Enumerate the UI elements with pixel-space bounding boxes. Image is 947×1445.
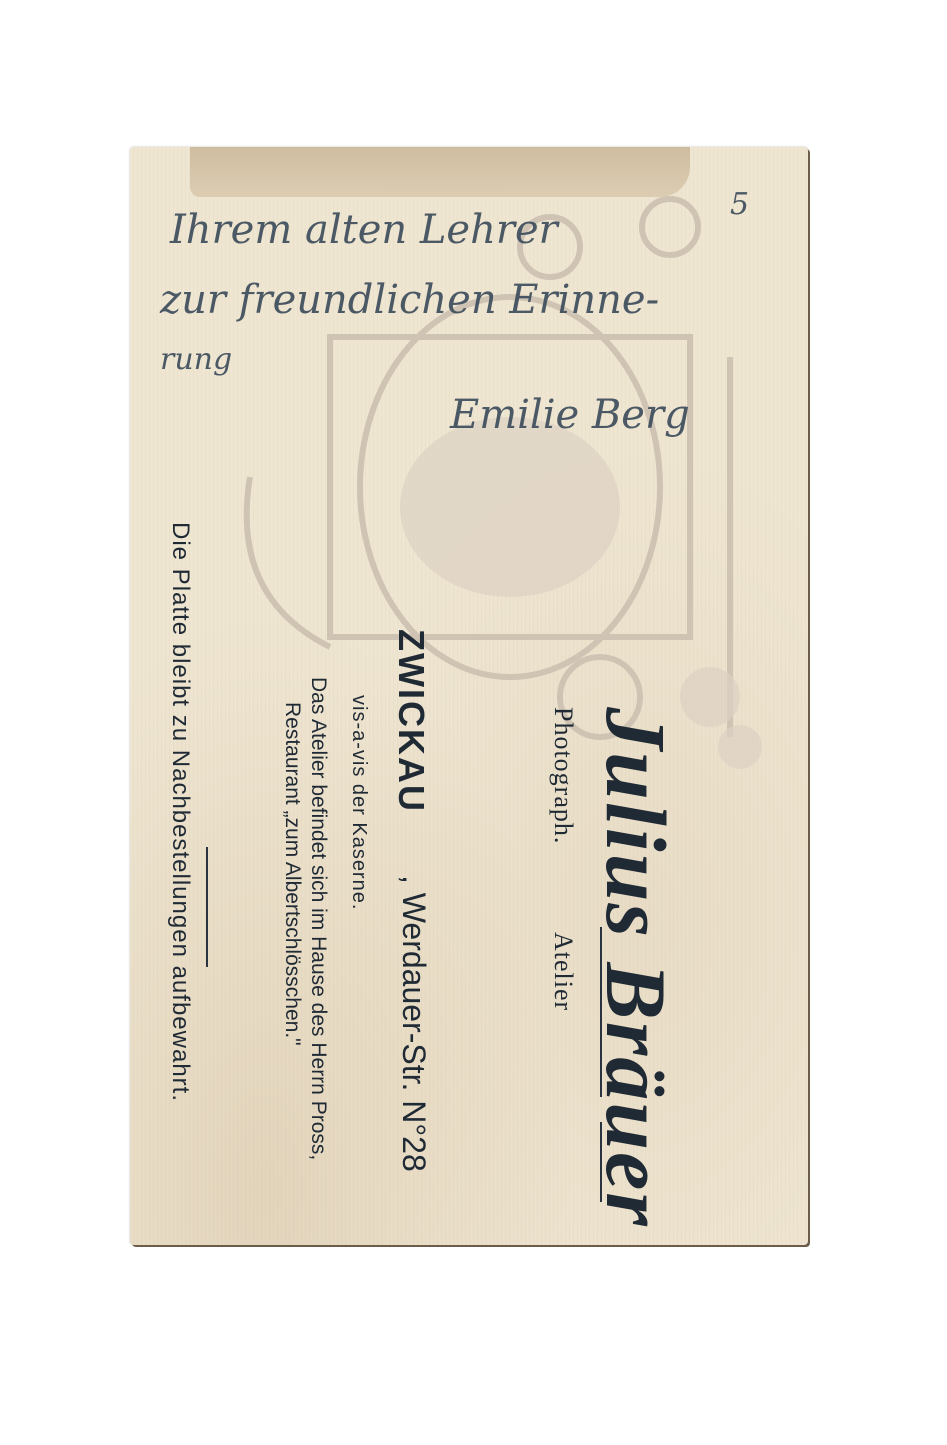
decorative-divider (206, 847, 208, 967)
street-address: , Werdauer-Str. N°28 (395, 875, 432, 1172)
footer-notice: Die Platte bleibt zu Nachbestellungen au… (166, 522, 194, 1102)
city-name: ZWICKAU (390, 629, 432, 813)
handwritten-line-3: rung (160, 342, 232, 377)
corner-number-mark: 5 (730, 187, 749, 222)
location-line-2: Restaurant „zum Albertschlösschen." (280, 702, 304, 1046)
handwritten-line-2: zur freundlichen Erinne- (160, 277, 659, 323)
handwritten-signature: Emilie Berg (450, 392, 690, 438)
photograph-label: Photograph. (548, 707, 578, 844)
decorative-rule-lower (600, 1122, 602, 1202)
atelier-label: Atelier (548, 932, 578, 1011)
handwritten-line-1: Ihrem alten Lehrer (170, 207, 558, 253)
photo-card-back: Ihrem alten Lehrer zur freundlichen Erin… (130, 147, 808, 1245)
landmark-text: vis-a-vis der Kaserne. (347, 695, 370, 910)
location-line-1: Das Atelier befindet sich im Hause des H… (306, 677, 330, 1160)
decorative-rule-upper (600, 927, 602, 1097)
ornamental-frame-illustration (210, 177, 770, 777)
